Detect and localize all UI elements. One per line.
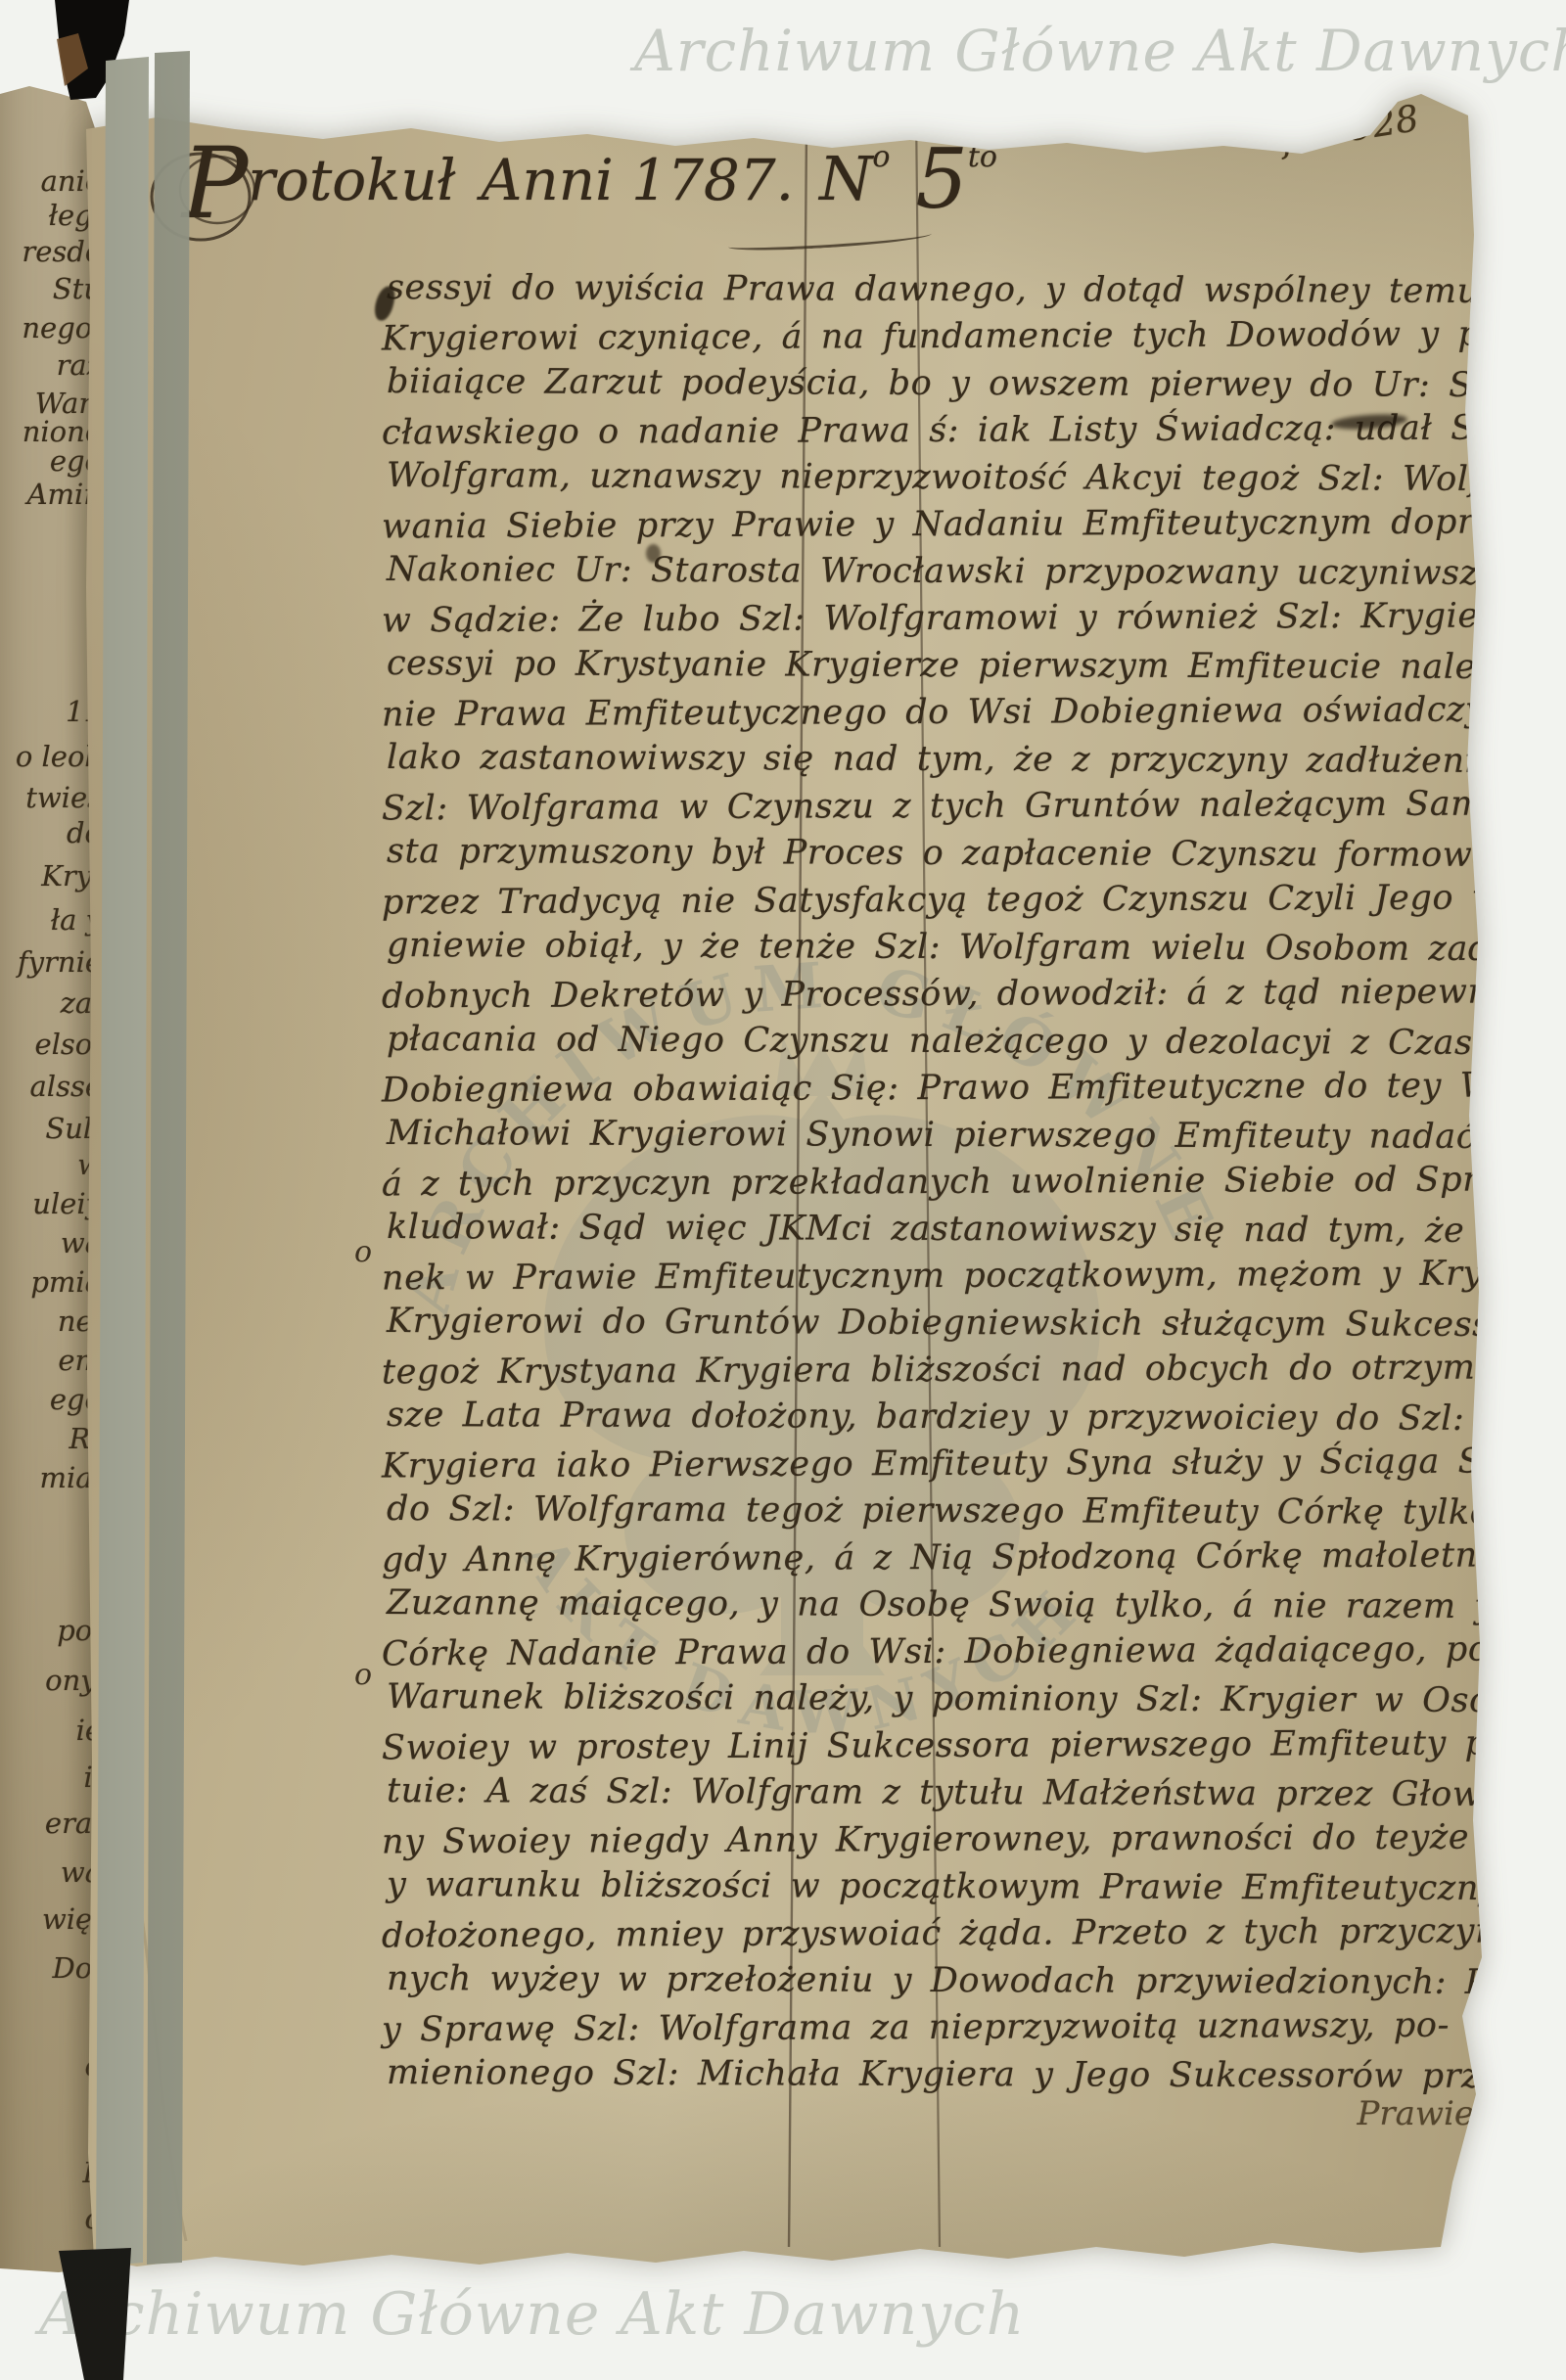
manuscript-line: Nakoniec Ur: Starosta Wrocławski przypoz…	[387, 546, 1488, 597]
body-text: sessyi do wyiścia Prawa dawnego, y dotąd…	[382, 266, 1488, 2098]
manuscript-page: ARCHIWUM GŁÓWNE AKT DAWNYCH ProtokułAnni…	[0, 0, 1566, 2380]
manuscript-line: gniewie obiął, y że tenże Szl: Wolfgram …	[387, 922, 1488, 973]
manuscript-line: w Sądzie: Że lubo Szl: Wolfgramowi y rów…	[382, 593, 1488, 645]
ink-blot	[646, 544, 661, 563]
manuscript-line: nych wyżey w przełożeniu y Dowodach przy…	[387, 1955, 1488, 2006]
manuscript-line: przez Tradycyą nie Satysfakcyą tegoż Czy…	[382, 875, 1488, 927]
header-number-sup: to	[968, 140, 997, 174]
manuscript-line: y warunku bliższości w początkowym Prawi…	[387, 1861, 1488, 1912]
margin-mark: o	[348, 1235, 378, 1269]
manuscript-line: dobnych Dekretów y Processów, dowodził: …	[382, 969, 1488, 1021]
manuscript-line: Wolfgram, uznawszy nieprzyzwoitość Akcyi…	[387, 452, 1488, 503]
manuscript-line: tuie: A zaś Szl: Wolfgram z tytułu Małże…	[387, 1767, 1488, 1818]
manuscript-line: Michałowi Krygierowi Synowi pierwszego E…	[387, 1110, 1488, 1161]
manuscript-line: Krygierowi czyniące, á na fundamencie ty…	[382, 311, 1488, 363]
manuscript-line: cławskiego o nadanie Prawa ś: iak Listy …	[382, 405, 1488, 457]
manuscript-line: y Sprawę Szl: Wolfgrama za nieprzyzwoitą…	[382, 2002, 1488, 2054]
manuscript-line: kludował: Sąd więc JKMci zastanowiwszy s…	[387, 1204, 1488, 1255]
header-initial: P	[182, 126, 248, 241]
header-number-prefix: N	[819, 143, 872, 214]
manuscript-line: Córkę Nadanie Prawa do Wsi: Dobiegniewa …	[382, 1626, 1488, 1678]
manuscript-line: tegoż Krystyana Krygiera bliższości nad …	[382, 1345, 1488, 1396]
manuscript-line: mienionego Szl: Michała Krygiera y Jego …	[387, 2049, 1488, 2100]
manuscript-line: biiaiące Zarzut podeyścia, bo y owszem p…	[387, 358, 1488, 409]
manuscript-line: sta przymuszony był Proces o zapłacenie …	[387, 828, 1488, 879]
manuscript-line: Zuzannę maiącego, y na Osobę Swoią tylko…	[387, 1579, 1488, 1630]
manuscript-line: nie Prawa Emfiteutycznego do Wsi Dobiegn…	[382, 687, 1488, 739]
header-number-prefix-sup: o	[872, 140, 890, 174]
manuscript-line: sessyi do wyiścia Prawa dawnego, y dotąd…	[387, 264, 1488, 315]
manuscript-line: lako zastanowiwszy się nad tym, że z prz…	[387, 734, 1488, 785]
manuscript-line: Szl: Wolfgrama w Czynszu z tych Gruntów …	[382, 781, 1488, 833]
margin-mark: o	[348, 1658, 378, 1692]
protocol-header: ProtokułAnni 1787.No5to	[182, 131, 997, 233]
header-anno: Anni 1787.	[481, 147, 794, 213]
manuscript-line: nek w Prawie Emfiteutycznym początkowym,…	[382, 1251, 1488, 1303]
manuscript-page-wrap: ARCHIWUM GŁÓWNE AKT DAWNYCH ProtokułAnni…	[0, 0, 1566, 2380]
manuscript-line: Warunek bliższości należy, y pominiony S…	[387, 1673, 1488, 1724]
header-number: 5	[915, 131, 967, 227]
manuscript-line: Krygiera iako Pierwszego Emfiteuty Syna …	[382, 1439, 1488, 1490]
manuscript-line: gdy Annę Krygierównę, á z Nią Spłodzoną …	[382, 1533, 1488, 1584]
manuscript-line: sze Lata Prawa dołożony, bardziey y przy…	[387, 1392, 1488, 1442]
manuscript-line: Dobiegniewa obawiaiąc Się: Prawo Emfiteu…	[382, 1063, 1488, 1115]
manuscript-line: dołożonego, mniey przyswoiać żąda. Przet…	[382, 1908, 1488, 1960]
manuscript-line: Krygierowi do Gruntów Dobiegniewskich sł…	[387, 1298, 1488, 1349]
manuscript-line: do Szl: Wolfgrama tegoż pierwszego Emfit…	[387, 1486, 1488, 1536]
manuscript-line: płacania od Niego Czynszu należącego y d…	[387, 1016, 1488, 1067]
header-title-rest: rotokuł	[248, 147, 455, 213]
manuscript-line: á z tych przyczyn przekładanych uwolnien…	[382, 1157, 1488, 1209]
manuscript-line: cessyi po Krystyanie Krygierze pierwszym…	[387, 640, 1488, 691]
catchword: Prawie	[1302, 2094, 1474, 2133]
manuscript-line: wania Siebie przy Prawie y Nadaniu Emfit…	[382, 499, 1488, 551]
manuscript-line: Swoiey w prostey Linij Sukcessora pierws…	[382, 1720, 1488, 1772]
manuscript-line: ny Swoiey niegdy Anny Krygierowney, praw…	[382, 1814, 1488, 1866]
manuscript-scan: Archiwum Główne Akt Dawnych Archiwum Głó…	[0, 0, 1566, 2380]
